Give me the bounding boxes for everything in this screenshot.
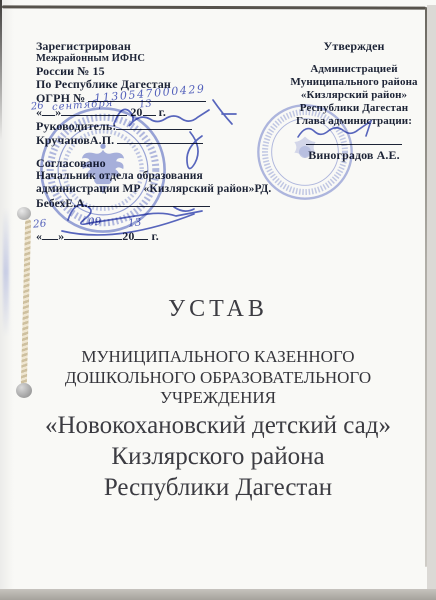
document-title: УСТАВ <box>0 296 436 323</box>
org-type-line-3: УЧРЕЖДЕНИЯ <box>0 388 436 409</box>
approved-line-1: Администрацией <box>276 63 432 76</box>
emblem-icon <box>294 137 315 158</box>
double-eagle-emblem-icon <box>82 144 124 194</box>
round-seal-stamp-left <box>37 104 169 236</box>
org-republic-line: Республики Дагестан <box>0 472 436 503</box>
scan-edge-top <box>2 5 426 9</box>
approved-line-3: «Кизлярский район» <box>276 89 432 102</box>
org-region-line: Кизлярского района <box>0 441 436 472</box>
org-name-line: «Новокохановский детский сад» <box>0 410 436 441</box>
org-type-line-2: ДОШКОЛЬНОГО ОБРАЗОВАТЕЛЬНОГО <box>0 368 436 389</box>
approved-line-2: Муниципального района <box>276 76 432 89</box>
organization-name: «Новокохановский детский сад» Кизлярског… <box>0 410 436 503</box>
registered-title: Зарегистрирован <box>36 40 276 53</box>
scan-edge-bottom <box>0 589 436 600</box>
binding-bead-top <box>17 207 31 220</box>
org-type-line-1: МУНИЦИПАЛЬНОГО КАЗЕННОГО <box>0 347 436 368</box>
round-seal-stamp-right <box>255 102 355 202</box>
approved-title: Утвержден <box>276 40 432 53</box>
organization-type: МУНИЦИПАЛЬНОГО КАЗЕННОГО ДОШКОЛЬНОГО ОБР… <box>0 347 436 409</box>
scanned-page: Зарегистрирован Межрайонным ИФНС России … <box>0 0 436 600</box>
